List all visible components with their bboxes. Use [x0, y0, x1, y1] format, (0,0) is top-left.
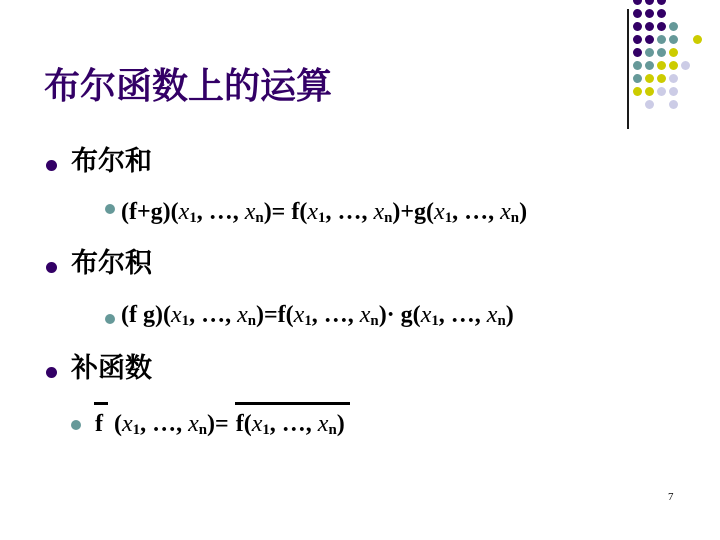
- decor-dot: [645, 0, 654, 5]
- decor-dot: [645, 74, 654, 83]
- bullet-icon: [46, 367, 57, 378]
- bullet-icon: [46, 160, 57, 171]
- decor-dot: [645, 35, 654, 44]
- decor-dot: [645, 100, 654, 109]
- expression: (f+g)(x1, …, xn)= f(x1, …, xn)+g(x1, …, …: [121, 199, 527, 225]
- decor-dot: [633, 9, 642, 18]
- overlined-expression: f: [94, 402, 108, 442]
- decor-dot: [633, 48, 642, 57]
- decor-dot: [645, 61, 654, 70]
- decor-dot: [657, 48, 666, 57]
- decor-dot: [657, 61, 666, 70]
- decor-dot: [633, 35, 642, 44]
- decor-dot: [657, 22, 666, 31]
- slide: 布尔函数上的运算 布尔和 (f+g)(x1, …, xn)= f(x1, …, …: [0, 0, 720, 540]
- section-heading-boolean-sum: 布尔和: [71, 141, 152, 181]
- decor-dot: [645, 48, 654, 57]
- decor-dot: [657, 35, 666, 44]
- decor-dot: [669, 100, 678, 109]
- page-number: 7: [668, 490, 674, 504]
- section-heading-boolean-product: 布尔积: [71, 243, 152, 283]
- sub-bullet-icon: [71, 420, 81, 430]
- decor-dot: [657, 0, 666, 5]
- bullet-icon: [46, 262, 57, 273]
- decor-dot: [633, 0, 642, 5]
- decor-dot: [669, 48, 678, 57]
- expression: (f g)(x1, …, xn)=f(x1, …, xn)· g(x1, …, …: [121, 302, 514, 328]
- decor-dot: [693, 35, 702, 44]
- decor-dot: [657, 74, 666, 83]
- formula-boolean-sum: (f+g)(x1, …, xn)= f(x1, …, xn)+g(x1, …, …: [121, 194, 527, 236]
- decor-dot: [669, 87, 678, 96]
- formula-complement-function: f (x1, …, xn)= f(x1, …, xn): [94, 402, 350, 448]
- decor-dot: [669, 61, 678, 70]
- section-heading-complement-function: 补函数: [71, 348, 152, 388]
- sub-bullet-icon: [105, 314, 115, 324]
- formula-boolean-product: (f g)(x1, …, xn)=f(x1, …, xn)· g(x1, …, …: [121, 297, 514, 339]
- decor-dot: [633, 74, 642, 83]
- decor-dot: [681, 61, 690, 70]
- decor-dot: [669, 74, 678, 83]
- decor-dot: [633, 87, 642, 96]
- decor-dot: [657, 9, 666, 18]
- overlined-expression: f(x1, …, xn): [235, 402, 350, 448]
- decor-dot: [669, 22, 678, 31]
- decor-dot: [645, 87, 654, 96]
- sub-bullet-icon: [105, 204, 115, 214]
- decor-dot: [645, 9, 654, 18]
- decor-dot: [645, 22, 654, 31]
- slide-title: 布尔函数上的运算: [44, 62, 332, 110]
- expression: (x1, …, xn)=: [108, 411, 235, 437]
- decor-dot: [633, 22, 642, 31]
- decor-dot: [669, 35, 678, 44]
- decorative-vertical-line: [627, 9, 629, 129]
- decor-dot: [633, 61, 642, 70]
- decor-dot: [657, 87, 666, 96]
